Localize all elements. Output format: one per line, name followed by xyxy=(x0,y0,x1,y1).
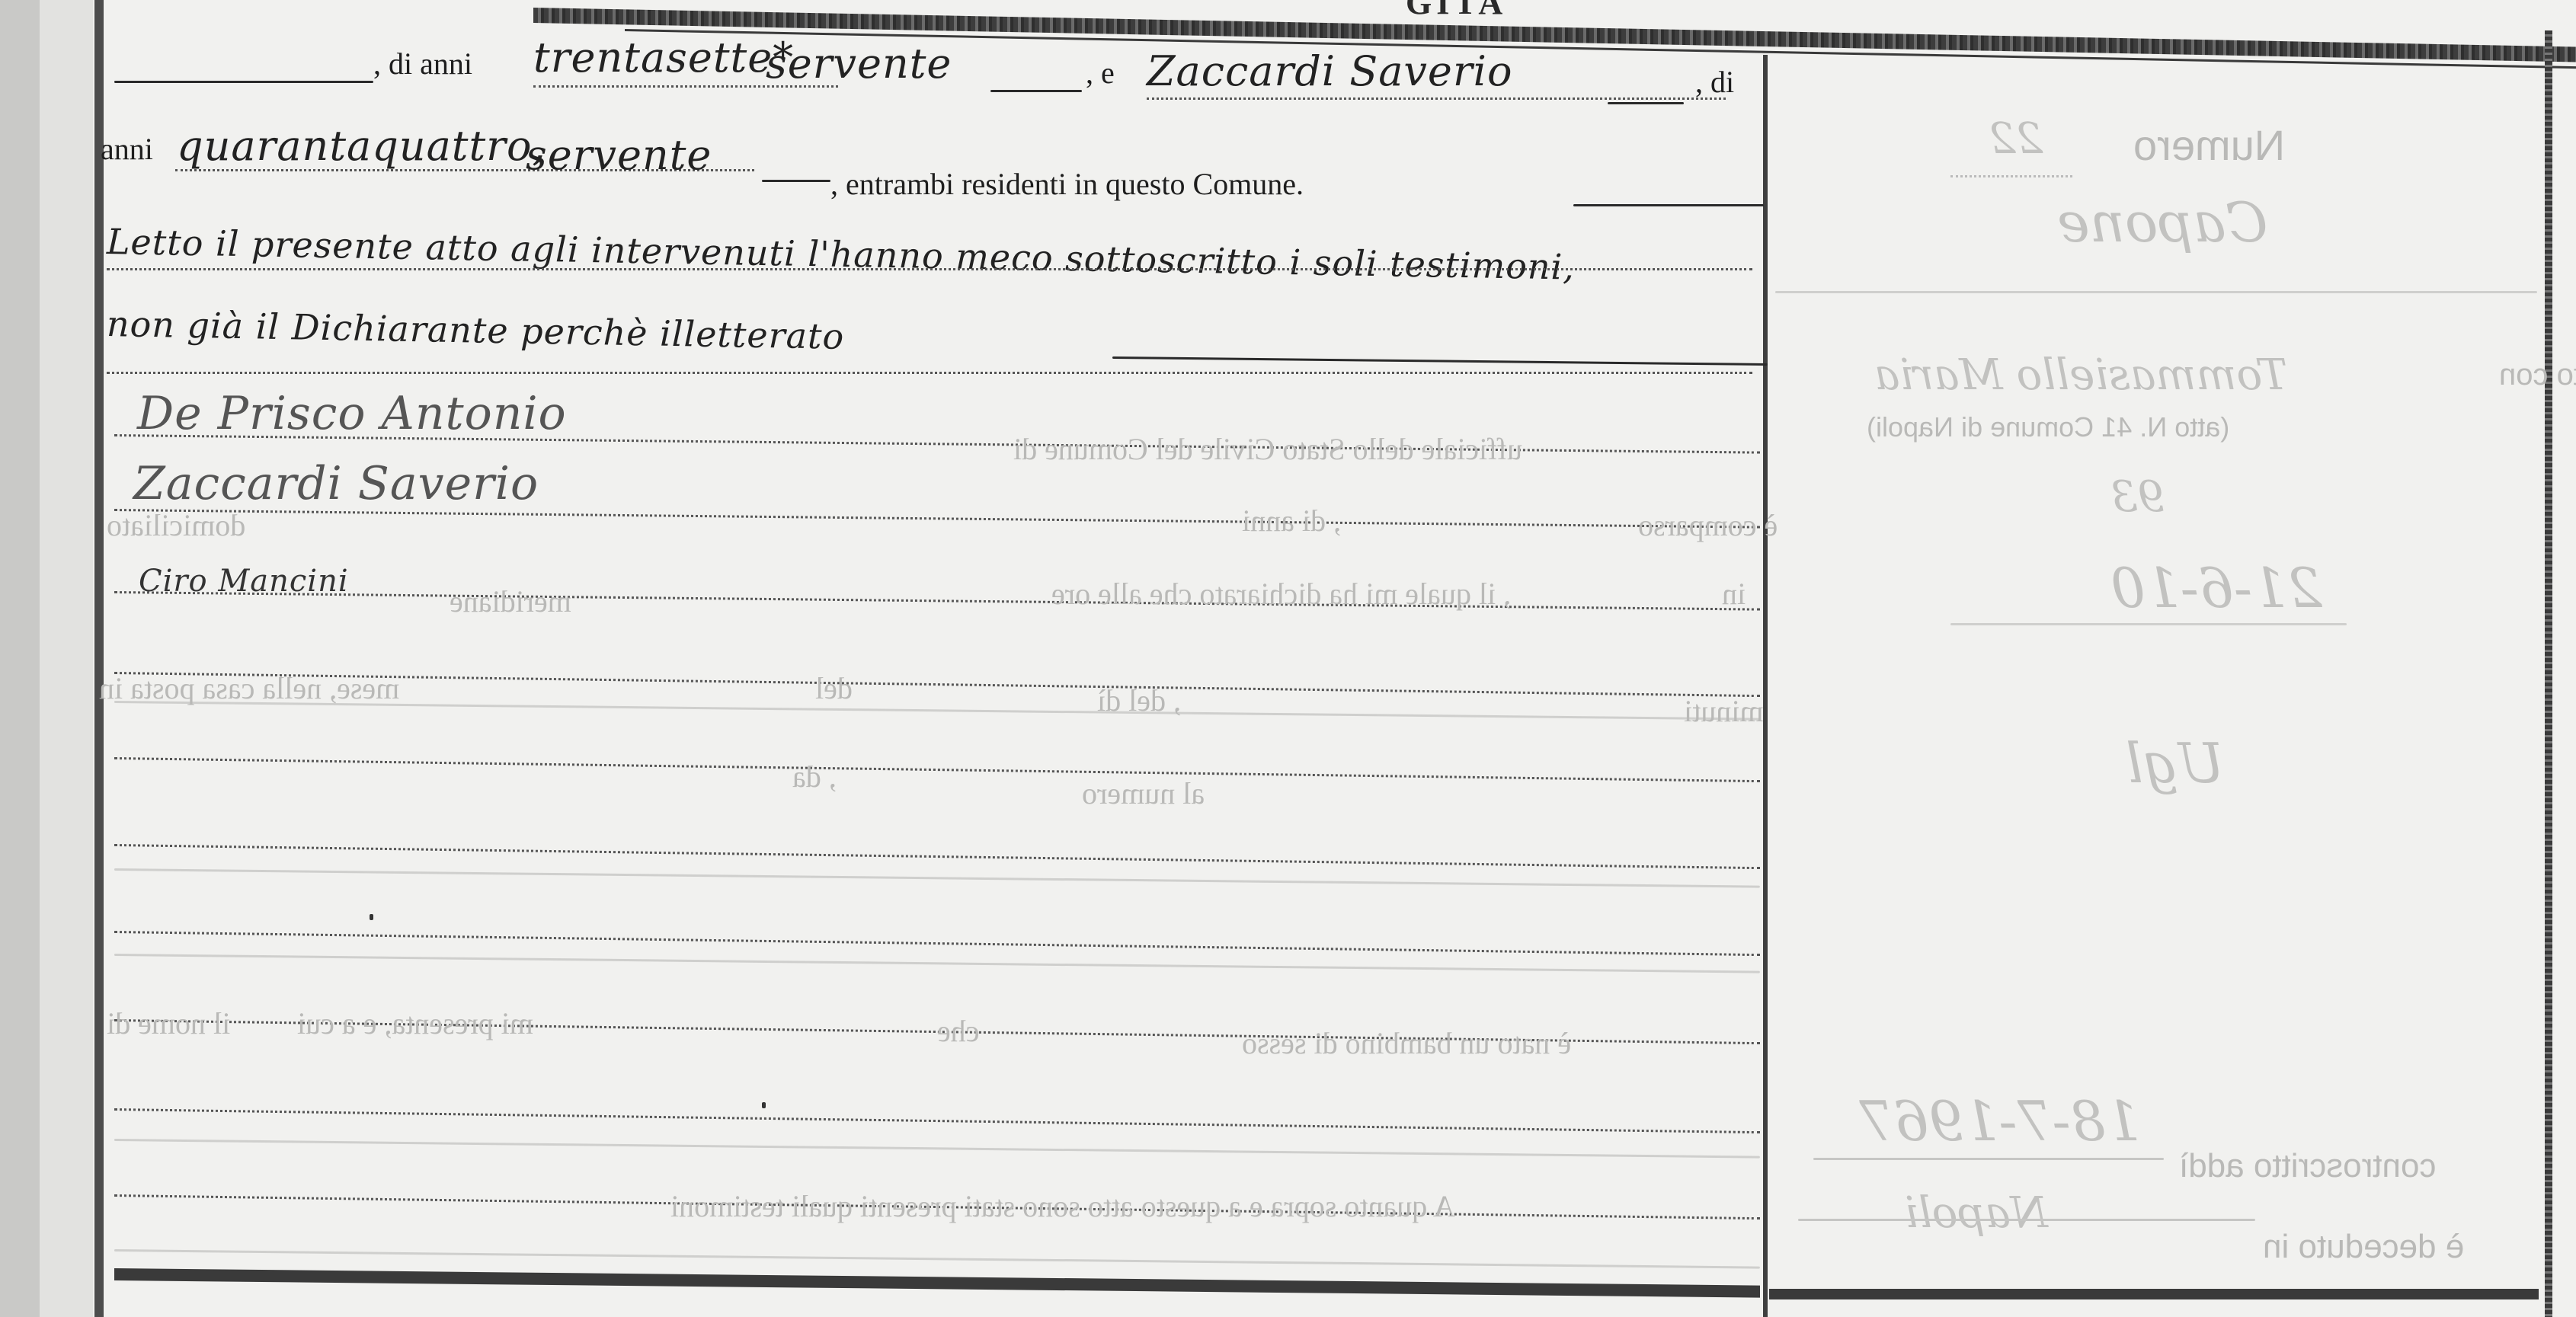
bleed-date: 21-6-10 xyxy=(2110,556,2322,620)
bleed-text: , del dì xyxy=(1097,682,1181,718)
bleed-sposato-label: Sposato con xyxy=(2499,358,2576,392)
bleed-rule xyxy=(1813,1158,2164,1160)
bleed-contrascritto-label: controscritto addì xyxy=(2179,1147,2437,1185)
bleed-rule xyxy=(1950,623,2347,625)
bleed-deceduto-label: è deceduto in xyxy=(2263,1228,2464,1266)
bleed-text: è nato un bambino di sesso xyxy=(1242,1025,1571,1061)
printed-anni: anni xyxy=(101,131,153,167)
page-edge xyxy=(40,0,93,1317)
underline xyxy=(1608,102,1684,104)
header-fragment: GITA xyxy=(1406,0,1507,22)
printed-residenti: , entrambi residenti in questo Comune. xyxy=(830,166,1304,202)
bleed-numero-label: Numero xyxy=(2133,120,2285,170)
signature-witness2: Zaccardi Saverio xyxy=(133,457,539,510)
signature-witness1: De Prisco Antonio xyxy=(137,387,567,440)
bottom-border-right xyxy=(1769,1289,2539,1299)
bleed-text: , da xyxy=(792,759,837,794)
bleed-text: del xyxy=(815,670,853,706)
binding-strip xyxy=(0,0,40,1317)
occupation-witness1: servente xyxy=(766,40,952,88)
ink-speck xyxy=(370,914,373,920)
bleed-text: meridiane xyxy=(450,583,571,619)
bleed-sposato-value: Tommasiello Maria xyxy=(1874,350,2287,400)
ink-speck xyxy=(762,1102,766,1108)
bleed-text: al numero xyxy=(1082,775,1205,811)
bleed-text: in xyxy=(1722,576,1746,612)
bleed-deceduto-place: Napoli xyxy=(1905,1188,2048,1238)
bleed-text: mi presenta, e a cui xyxy=(297,1005,533,1041)
left-border xyxy=(94,0,104,1317)
bleed-text: A quanto sopra e a questo atto sono stat… xyxy=(670,1188,1455,1224)
underline xyxy=(990,90,1082,92)
bleed-rule xyxy=(1775,291,2537,293)
bleed-atto-ref: (atto N. 41 Comune di Napoli) xyxy=(1867,411,2229,443)
blank-underline xyxy=(114,81,373,83)
dotted-rule xyxy=(1147,97,1726,100)
bleed-text: minuti xyxy=(1684,693,1763,729)
bleed-number: 93 xyxy=(2110,472,2165,522)
witness2-name: Zaccardi Saverio xyxy=(1147,47,1512,95)
printed-e: , e xyxy=(1086,55,1115,91)
bleed-surname: Capone xyxy=(2057,190,2267,254)
bleed-text: mese, nella casa posta in xyxy=(99,670,399,706)
printed-di: , di xyxy=(1695,64,1734,100)
occupation-witness2: servente xyxy=(526,131,712,179)
bleed-text: domiciliato xyxy=(107,507,245,543)
panel-divider xyxy=(1763,55,1768,1317)
bleed-numero-value: 22 xyxy=(1989,114,2043,164)
dotted-rule xyxy=(107,372,1752,374)
bleed-contrascritto-date: 18-7-1967 xyxy=(1859,1089,2140,1153)
underline xyxy=(1573,204,1764,206)
dotted-rule xyxy=(1950,175,2072,177)
bleed-text: ufficiale dello Stato Civile del Comune … xyxy=(1013,431,1522,467)
age-witness2: quarantaquattro, xyxy=(177,122,546,170)
bleed-text: il nome di xyxy=(107,1005,230,1041)
bleed-initial: Ugl xyxy=(2126,731,2225,795)
printed-di-anni: , di anni xyxy=(373,46,472,82)
bleed-rule xyxy=(1798,1219,2255,1221)
dotted-rule xyxy=(107,268,1752,270)
bleed-text: , il quale mi ha dichiarato che alle ore xyxy=(1051,576,1511,612)
bleed-text: è comparso xyxy=(1638,507,1778,543)
bleed-text: che xyxy=(937,1013,980,1049)
right-border xyxy=(2545,30,2552,1317)
age-witness1: trentasette* xyxy=(533,34,794,82)
bleed-text: , di anni xyxy=(1242,503,1341,539)
underline xyxy=(762,180,830,182)
